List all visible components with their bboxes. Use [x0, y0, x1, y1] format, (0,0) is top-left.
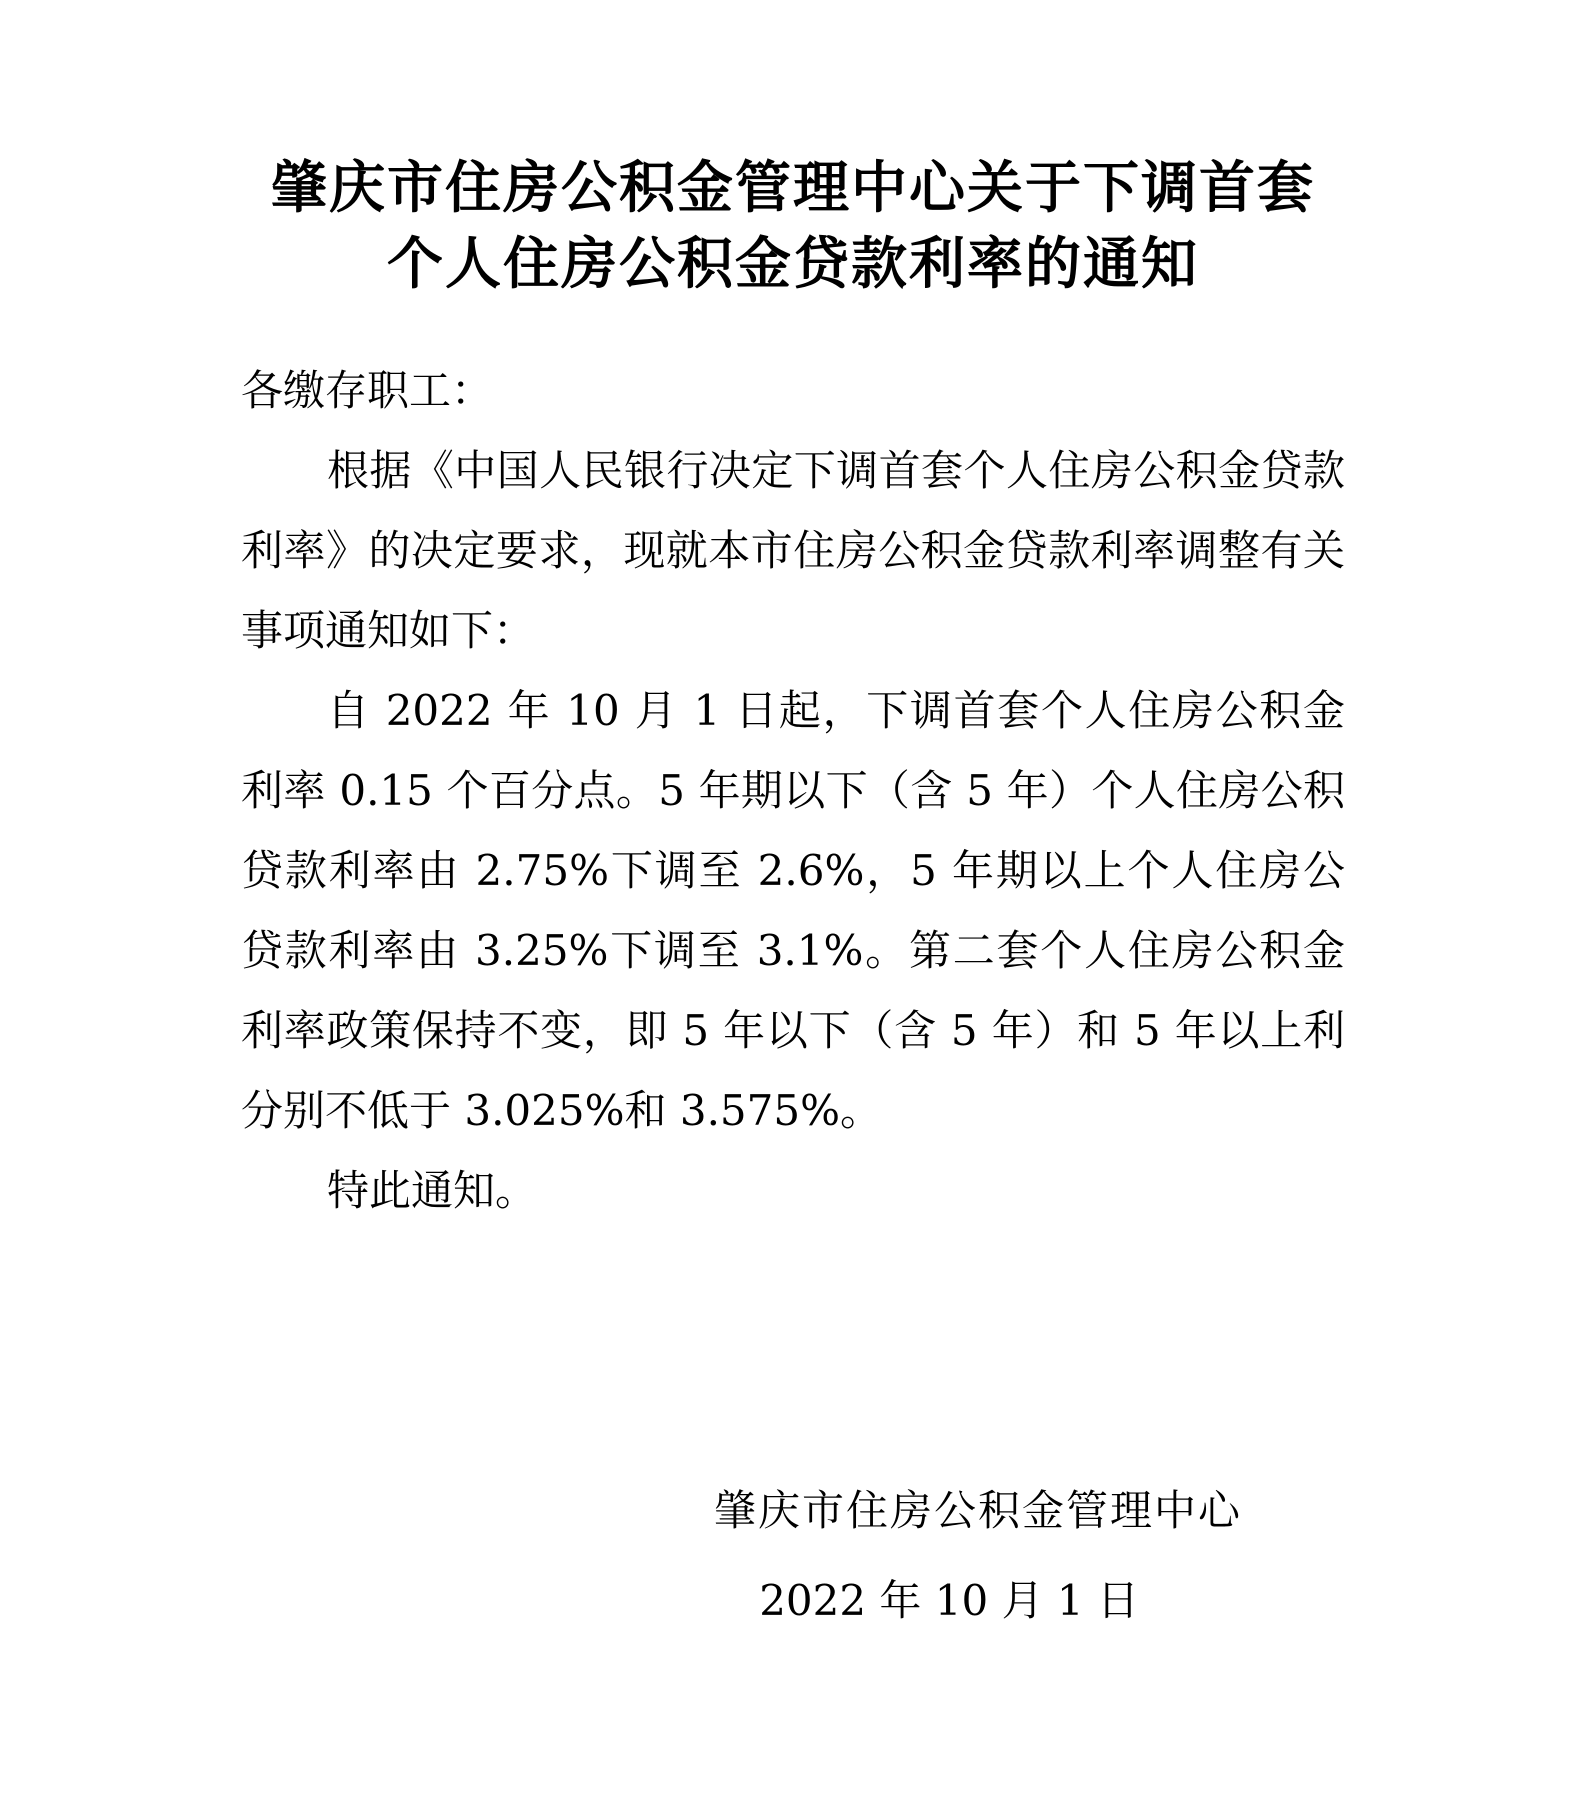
body-line-salutation: 各缴存职工：	[241, 351, 1345, 431]
body-line: 根据《中国人民银行决定下调首套个人住房公积金贷款	[241, 431, 1345, 511]
document-title-line-2: 个人住房公积金贷款利率的通知	[241, 226, 1345, 302]
signature-organization: 肇庆市住房公积金管理中心	[241, 1471, 1345, 1551]
document-body: 各缴存职工： 根据《中国人民银行决定下调首套个人住房公积金贷款 利率》的决定要求…	[241, 351, 1345, 1231]
signature-block: 肇庆市住房公积金管理中心 2022 年 10 月 1 日	[241, 1471, 1345, 1641]
body-line-closing: 特此通知。	[241, 1151, 1345, 1231]
body-line: 利率》的决定要求，现就本市住房公积金贷款利率调整有关	[241, 511, 1345, 591]
body-line: 利率 0.15 个百分点。5 年期以下（含 5 年）个人住房公积金	[241, 751, 1345, 831]
signature-date: 2022 年 10 月 1 日	[241, 1561, 1345, 1641]
body-line: 事项通知如下：	[241, 591, 1345, 671]
body-line: 贷款利率由 2.75%下调至 2.6%，5 年期以上个人住房公积金	[241, 831, 1345, 911]
body-line: 贷款利率由 3.25%下调至 3.1%。第二套个人住房公积金贷款	[241, 911, 1345, 991]
body-line: 自 2022 年 10 月 1 日起，下调首套个人住房公积金贷款	[241, 671, 1345, 751]
body-line: 利率政策保持不变，即 5 年以下（含 5 年）和 5 年以上利率	[241, 991, 1345, 1071]
body-line: 分别不低于 3.025%和 3.575%。	[241, 1071, 1345, 1151]
notice-document: 肇庆市住房公积金管理中心关于下调首套 个人住房公积金贷款利率的通知 各缴存职工：…	[0, 0, 1587, 1806]
document-title-line-1: 肇庆市住房公积金管理中心关于下调首套	[241, 150, 1345, 226]
